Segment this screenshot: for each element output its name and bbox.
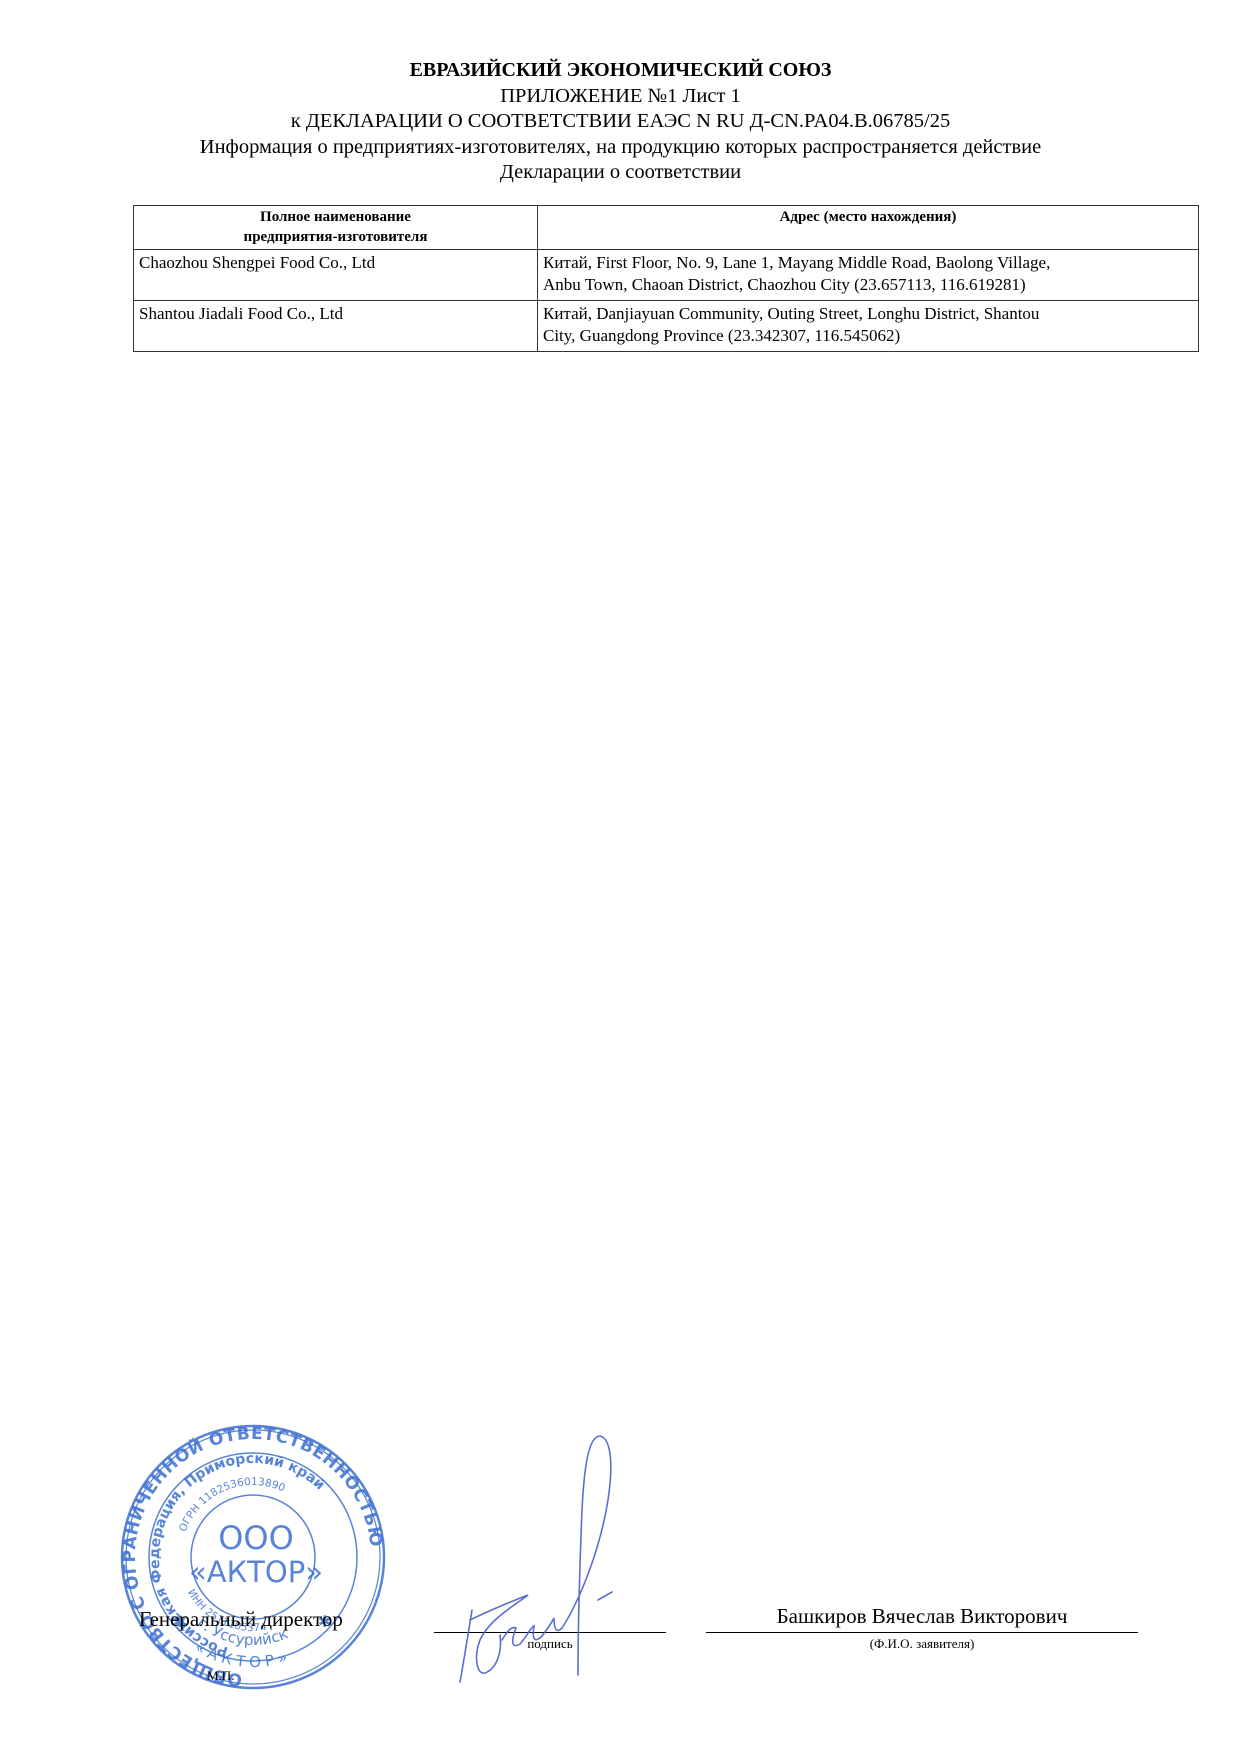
manufacturer-name: Shantou Jiadali Food Co., Ltd	[134, 301, 538, 352]
position-label: Генеральный директор	[139, 1607, 343, 1632]
header-address: Адрес (место нахождения)	[538, 206, 1199, 250]
table-row: Shantou Jiadali Food Co., Ltd Китай, Dan…	[134, 301, 1199, 352]
name-line	[706, 1632, 1138, 1633]
applicant-name: Башкиров Вячеслав Викторович	[706, 1604, 1138, 1629]
stamp-center-line2: «АКТОР»	[189, 1555, 323, 1589]
declaration-reference: к ДЕКЛАРАЦИИ О СООТВЕТСТВИИ ЕАЭС N RU Д-…	[0, 109, 1241, 135]
seal-place-label: М.П.	[207, 1668, 234, 1684]
appendix-title: ПРИЛОЖЕНИЕ №1 Лист 1	[0, 84, 1241, 110]
stamp-center-line1: ООО	[218, 1519, 294, 1557]
document-header: ЕВРАЗИЙСКИЙ ЭКОНОМИЧЕСКИЙ СОЮЗ ПРИЛОЖЕНИ…	[0, 58, 1241, 186]
manufacturer-address: Китай, Danjiayuan Community, Outing Stre…	[538, 301, 1199, 352]
info-line-1: Информация о предприятиях-изготовителях,…	[0, 135, 1241, 161]
manufacturer-address: Китай, First Floor, No. 9, Lane 1, Mayan…	[538, 250, 1199, 301]
company-stamp: ОБЩЕСТВО С ОГРАНИЧЕННОЙ ОТВЕТСТВЕННОСТЬЮ…	[118, 1422, 388, 1692]
info-line-2: Декларации о соответствии	[0, 160, 1241, 186]
manufacturers-table: Полное наименование предприятия-изготови…	[133, 205, 1199, 352]
union-title: ЕВРАЗИЙСКИЙ ЭКОНОМИЧЕСКИЙ СОЮЗ	[0, 58, 1241, 84]
manufacturer-name: Chaozhou Shengpei Food Co., Ltd	[134, 250, 538, 301]
table-header-row: Полное наименование предприятия-изготови…	[134, 206, 1199, 250]
table-row: Chaozhou Shengpei Food Co., Ltd Китай, F…	[134, 250, 1199, 301]
name-caption: (Ф.И.О. заявителя)	[706, 1636, 1138, 1652]
handwritten-signature	[450, 1430, 650, 1685]
header-manufacturer-name: Полное наименование предприятия-изготови…	[134, 206, 538, 250]
